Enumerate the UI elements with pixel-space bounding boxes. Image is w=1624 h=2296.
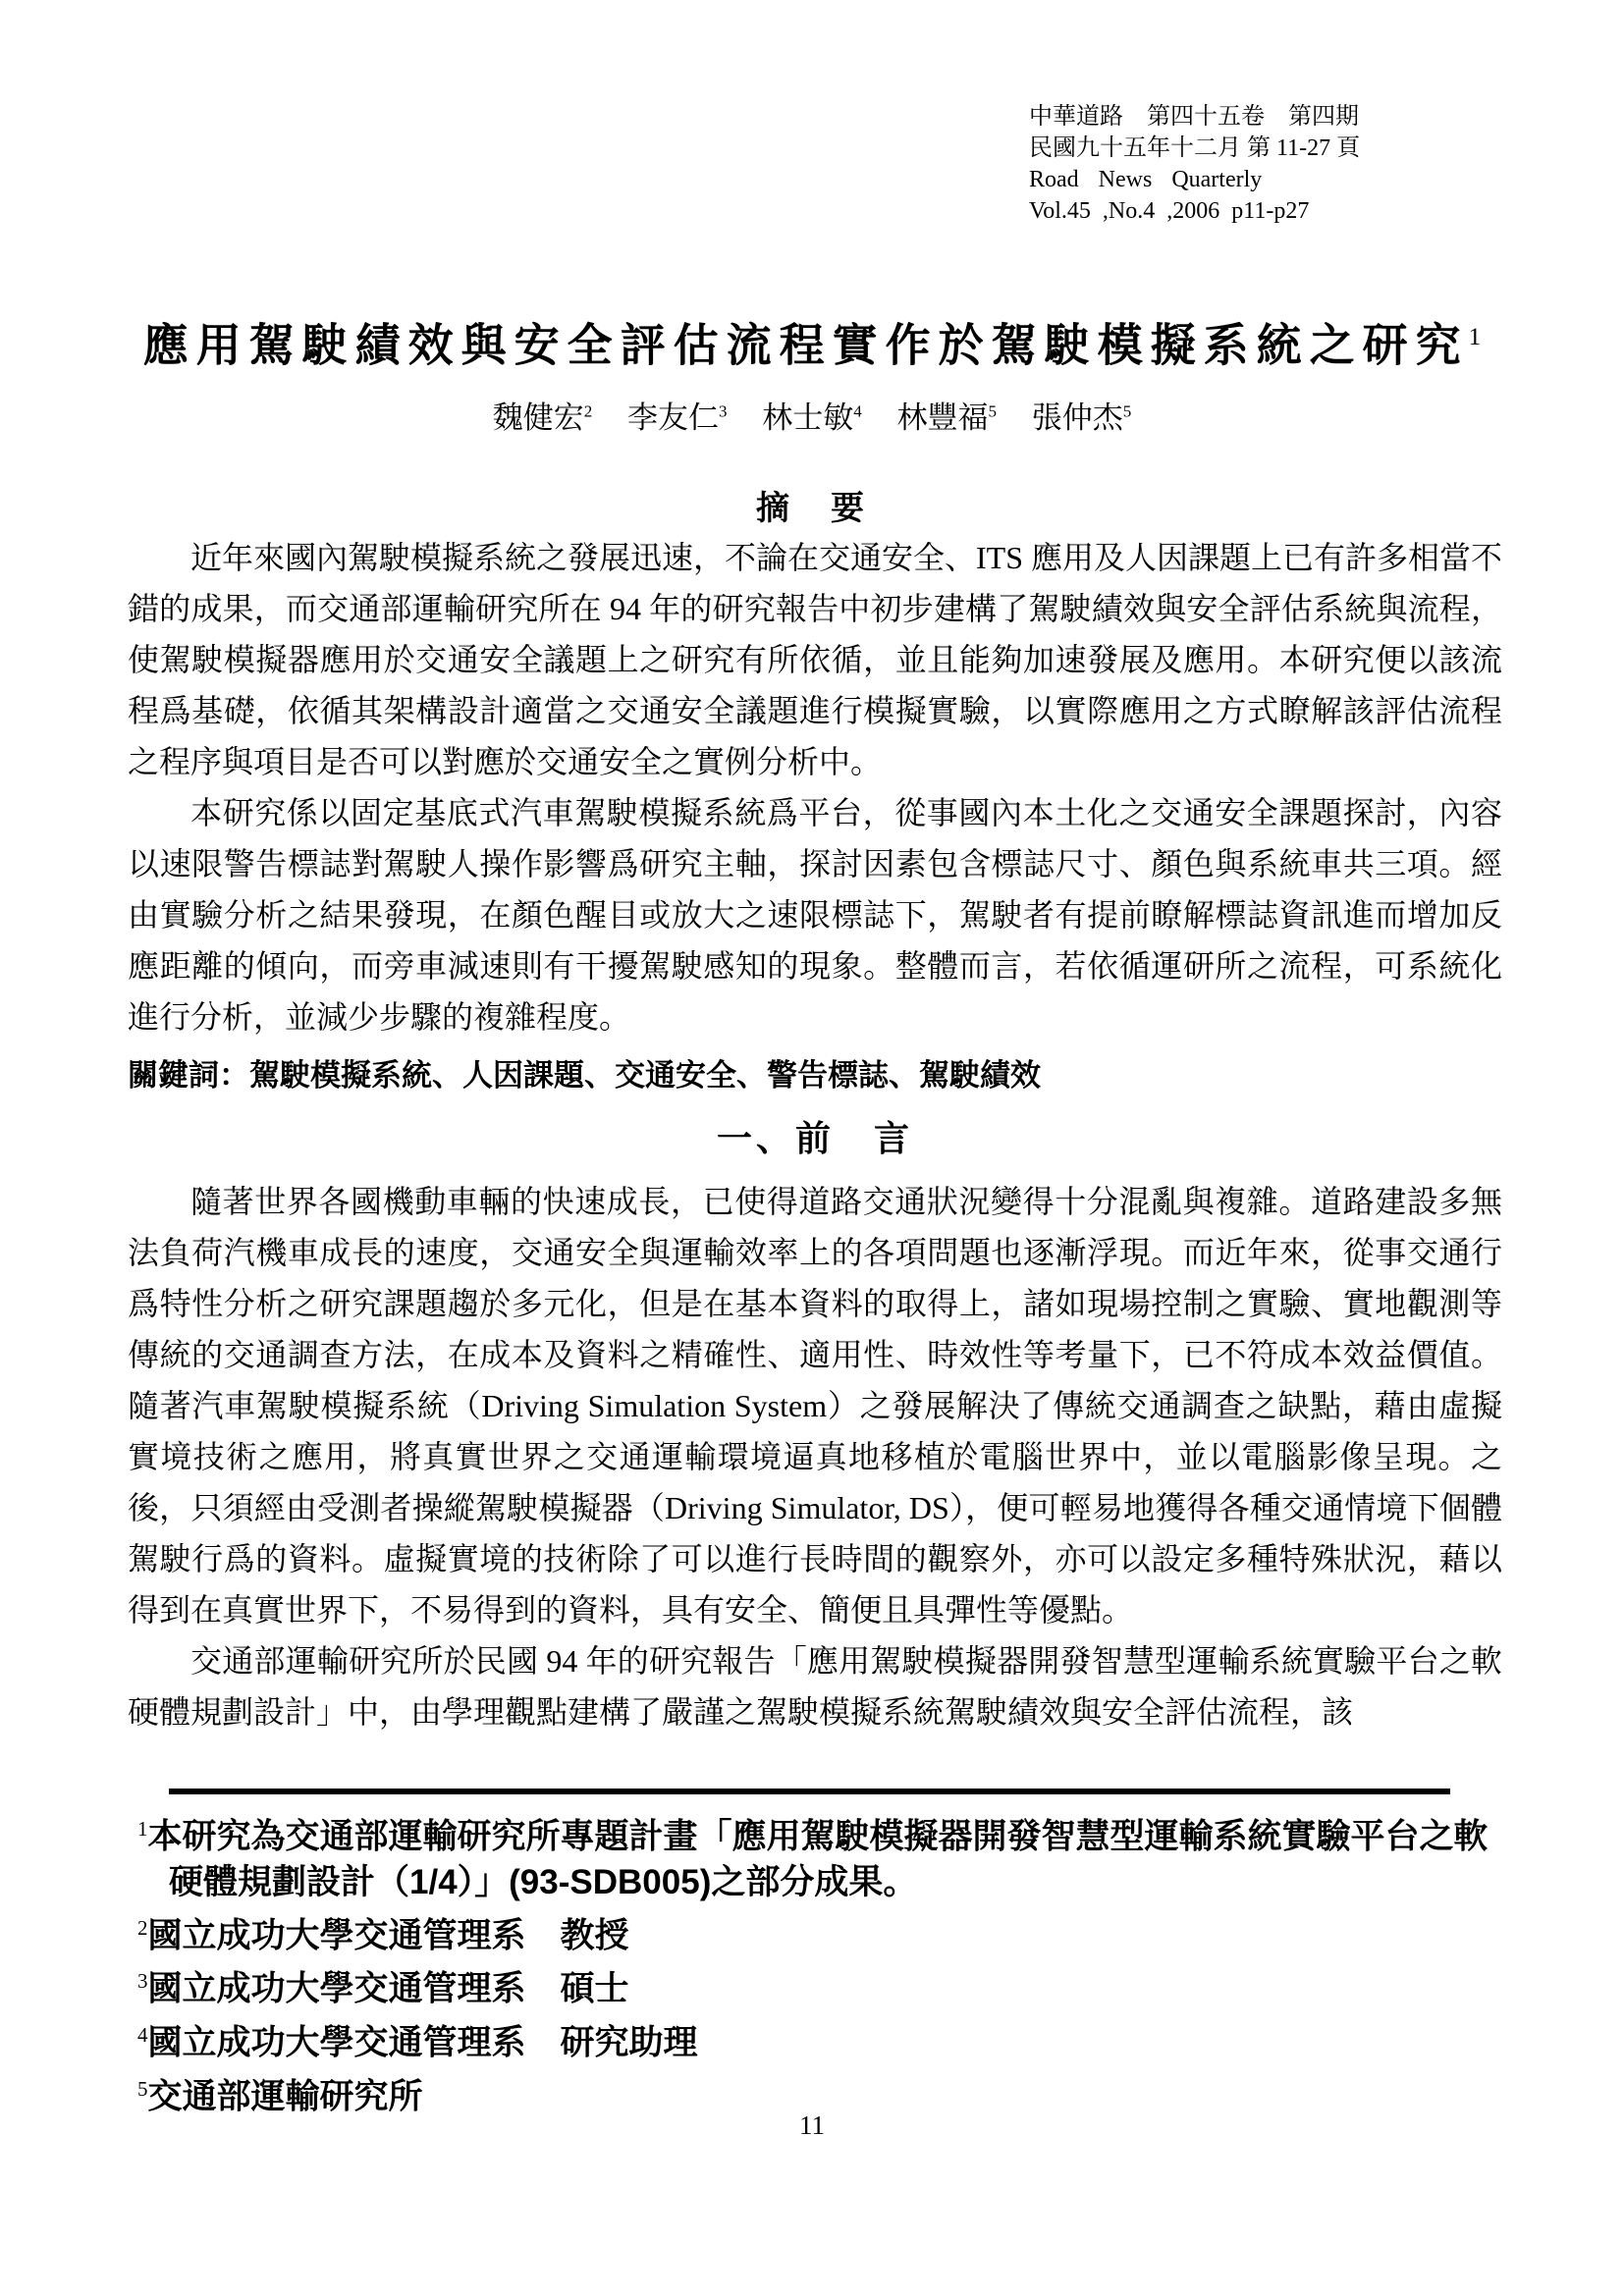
journal-header: 中華道路 第四十五卷 第四期 民國九十五年十二月 第 11-27 頁 Road … [1029,101,1360,227]
author-4-name: 林豐福 [897,400,989,435]
footnote-5-marker: 5 [137,2077,148,2101]
footnote-2-marker: 2 [137,1916,148,1940]
author-1-footnote-ref: 2 [584,402,593,421]
abstract-paragraph-1: 近年來國內駕駛模擬系統之發展迅速，不論在交通安全、ITS 應用及人因課題上已有許… [128,532,1502,787]
footnote-1-text: 本研究為交通部運輸研究所專題計畫「應用駕駛模擬器開發智慧型運輸系統實驗平台之軟硬… [148,1818,1489,1901]
author-3: 林士敏4 [762,400,862,435]
footnote-4-text: 國立成功大學交通管理系 研究助理 [148,2024,698,2062]
journal-header-line-volume-cn: 中華道路 第四十五卷 第四期 [1029,101,1360,133]
title-footnote-ref: 1 [1469,323,1482,350]
abstract-heading: 摘 要 [125,481,1499,529]
abstract-paragraph-2: 本研究係以固定基底式汽車駕駛模擬系統爲平台，從事國內本土化之交通安全課題探討，內… [128,787,1502,1042]
footnote-3: 3國立成功大學交通管理系 碩士 [137,1958,1492,2012]
author-2-name: 李友仁 [627,400,719,435]
journal-header-line-volume-en: Vol.45 ,No.4 ,2006 p11-p27 [1029,195,1360,227]
author-4: 林豐福5 [897,400,998,435]
author-1-name: 魏健宏 [493,400,584,435]
footnotes: 1本研究為交通部運輸研究所專題計畫「應用駕駛模擬器開發智慧型運輸系統實驗平台之軟… [137,1806,1492,2119]
paper-title: 應用駕駛績效與安全評估流程實作於駕駛模擬系統之研究1 [125,307,1499,375]
author-3-footnote-ref: 4 [853,402,862,421]
footnote-2-text: 國立成功大學交通管理系 教授 [148,1916,629,1954]
author-2: 李友仁3 [627,400,728,435]
author-5: 張仲杰5 [1032,400,1132,435]
footnote-1: 1本研究為交通部運輸研究所專題計畫「應用駕駛模擬器開發智慧型運輸系統實驗平台之軟… [137,1806,1492,1905]
footnote-divider [169,1789,1450,1794]
journal-header-line-date-cn: 民國九十五年十二月 第 11-27 頁 [1029,133,1360,164]
introduction-paragraph-1: 隨著世界各國機動車輛的快速成長，已使得道路交通狀況變得十分混亂與複雜。道路建設多… [128,1176,1502,1635]
author-3-name: 林士敏 [762,400,853,435]
footnote-1-marker: 1 [137,1817,148,1841]
author-1: 魏健宏2 [493,400,593,435]
paper-page: 中華道路 第四十五卷 第四期 民國九十五年十二月 第 11-27 頁 Road … [0,0,1624,2296]
document-body: 近年來國內駕駛模擬系統之發展迅速，不論在交通安全、ITS 應用及人因課題上已有許… [128,532,1502,1737]
author-5-name: 張仲杰 [1032,400,1123,435]
footnote-3-text: 國立成功大學交通管理系 碩士 [148,1970,629,2008]
keywords-line: 關鍵詞：駕駛模擬系統、人因課題、交通安全、警告標誌、駕駛績效 [128,1050,1502,1101]
journal-header-line-name-en: Road News Quarterly [1029,164,1360,195]
author-5-footnote-ref: 5 [1123,402,1132,421]
introduction-paragraph-2: 交通部運輸研究所於民國 94 年的研究報告「應用駕駛模擬器開發智慧型運輸系統實驗… [128,1635,1502,1737]
author-line: 魏健宏2 李友仁3 林士敏4 林豐福5 張仲杰5 [125,391,1499,440]
paper-title-text: 應用駕駛績效與安全評估流程實作於駕駛模擬系統之研究 [143,320,1469,370]
section-heading-introduction: 一、前 言 [128,1111,1502,1166]
page-number: 11 [0,2110,1624,2141]
footnote-2: 2國立成功大學交通管理系 教授 [137,1905,1492,1959]
author-2-footnote-ref: 3 [719,402,728,421]
author-4-footnote-ref: 5 [989,402,998,421]
footnote-3-marker: 3 [137,1969,148,1993]
footnote-4-marker: 4 [137,2023,148,2047]
footnote-4: 4國立成功大學交通管理系 研究助理 [137,2012,1492,2066]
